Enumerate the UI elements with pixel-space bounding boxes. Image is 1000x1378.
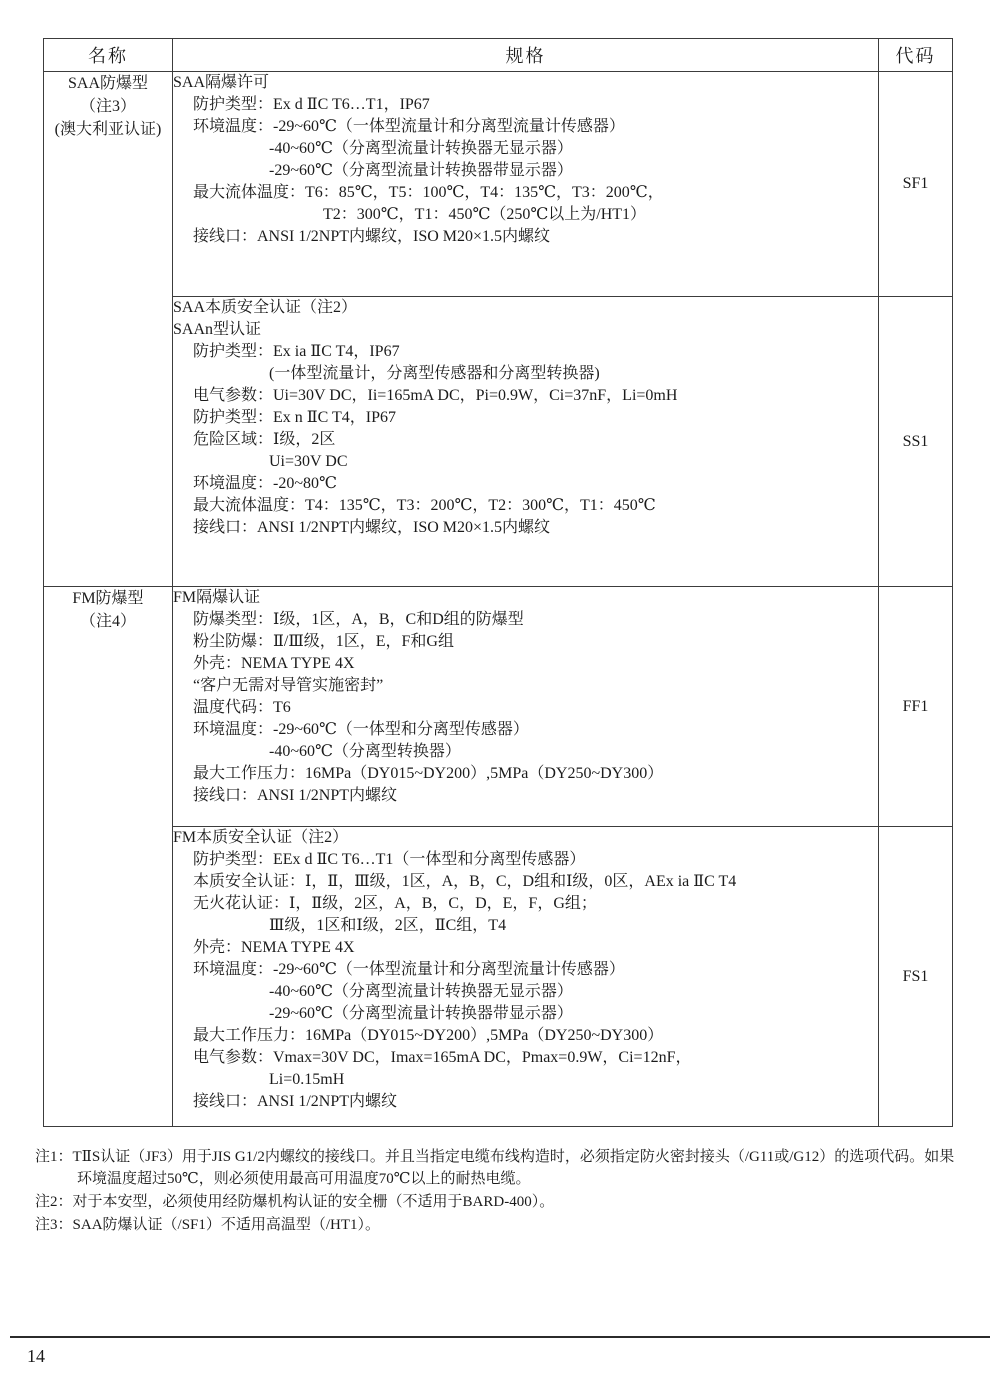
footnote-text: TⅡS认证（JF3）用于JIS G1/2内螺纹的接线口。并且当指定电缆布线构造时… [73, 1149, 955, 1187]
table-header-row: 名称规格代码 [44, 39, 953, 72]
spec-line: SAA隔爆许可 [173, 72, 878, 94]
name-cell: SAA防爆型（注3）(澳大利亚认证) [44, 72, 173, 587]
footnote-text: SAA防爆认证（/SF1）不适用高温型（/HT1）。 [73, 1217, 381, 1233]
name-line: SAA防爆型 [44, 72, 172, 95]
spec-line: -29~60℃（分离型流量计转换器带显示器） [269, 160, 878, 182]
spec-line: T2：300℃，T1：450℃（250℃以上为/HT1） [323, 204, 878, 226]
footnote-2: 注2：对于本安型，必须使用经防爆机构认证的安全栅（不适用于BARD-400）。 [35, 1191, 967, 1213]
footnote-1: 注1：TⅡS认证（JF3）用于JIS G1/2内螺纹的接线口。并且当指定电缆布线… [35, 1146, 967, 1190]
spec-line: 环境温度：-29~60℃（一体型流量计和分离型流量计传感器） [193, 959, 878, 981]
spec-line: 本质安全认证：Ⅰ，Ⅱ，Ⅲ级，1区，A，B，C，D组和Ⅰ级，0区，AEx ia Ⅱ… [193, 871, 878, 893]
spec-line: 外壳：NEMA TYPE 4X [193, 653, 878, 675]
spec-line: 粉尘防爆：Ⅱ/Ⅲ级，1区，E，F和G组 [193, 631, 878, 653]
header-cell-0: 名称 [44, 39, 173, 72]
spec-line: 环境温度：-20~80℃ [193, 473, 878, 495]
name-line: （注4） [44, 610, 172, 633]
spec-line: -40~60℃（分离型转换器） [269, 741, 878, 763]
spec-line: -40~60℃（分离型流量计转换器无显示器） [269, 981, 878, 1003]
spec-line: 环境温度：-29~60℃（一体型流量计和分离型流量计传感器） [193, 116, 878, 138]
spec-line: 接线口：ANSI 1/2NPT内螺纹，ISO M20×1.5内螺纹 [193, 226, 878, 248]
spec-cell: FM隔爆认证防爆类型：Ⅰ级，1区，A，B，C和D组的防爆型粉尘防爆：Ⅱ/Ⅲ级，1… [173, 587, 879, 827]
spec-line: SAA本质安全认证（注2） [173, 297, 878, 319]
spec-line: 无火花认证：Ⅰ，Ⅱ级，2区，A，B，C，D，E，F，G组； [193, 893, 878, 915]
spec-line: 接线口：ANSI 1/2NPT内螺纹，ISO M20×1.5内螺纹 [193, 517, 878, 539]
header-cell-2: 代码 [879, 39, 953, 72]
spec-line: FM隔爆认证 [173, 587, 878, 609]
footer-rule [10, 1336, 990, 1338]
spec-line: 最大流体温度：T6：85℃，T5：100℃，T4：135℃，T3：200℃， [193, 182, 878, 204]
spec-line: 环境温度：-29~60℃（一体型和分离型传感器） [193, 719, 878, 741]
table-row: FM防爆型（注4）FM隔爆认证防爆类型：Ⅰ级，1区，A，B，C和D组的防爆型粉尘… [44, 587, 953, 827]
name-line: （注3） [44, 95, 172, 118]
spec-cell: FM本质安全认证（注2）防护类型：EEx d ⅡC T6…T1（一体型和分离型传… [173, 827, 879, 1127]
spec-line: 温度代码：T6 [193, 697, 878, 719]
table-row: SAA防爆型（注3）(澳大利亚认证)SAA隔爆许可防护类型：Ex d ⅡC T6… [44, 72, 953, 297]
spec-line: SAAn型认证 [173, 319, 878, 341]
spec-cell: SAA隔爆许可防护类型：Ex d ⅡC T6…T1，IP67环境温度：-29~6… [173, 72, 879, 297]
spec-line: 防护类型：EEx d ⅡC T6…T1（一体型和分离型传感器） [193, 849, 878, 871]
spec-line: (一体型流量计，分离型传感器和分离型转换器) [269, 363, 878, 385]
spec-line: 最大流体温度：T4：135℃，T3：200℃，T2：300℃，T1：450℃ [193, 495, 878, 517]
spec-line: 电气参数：Vmax=30V DC，Imax=165mA DC，Pmax=0.9W… [193, 1047, 878, 1069]
spec-line: 最大工作压力：16MPa（DY015~DY200）,5MPa（DY250~DY3… [193, 1025, 878, 1047]
footnote-text: 对于本安型，必须使用经防爆机构认证的安全栅（不适用于BARD-400）。 [73, 1194, 555, 1210]
spec-line: 防护类型：Ex d ⅡC T6…T1，IP67 [193, 94, 878, 116]
name-line: FM防爆型 [44, 587, 172, 610]
spec-line: Ui=30V DC [269, 451, 878, 473]
document-page: 名称规格代码 SAA防爆型（注3）(澳大利亚认证)SAA隔爆许可防护类型：Ex … [0, 0, 1000, 1378]
name-cell: FM防爆型（注4） [44, 587, 173, 1127]
spec-line: 接线口：ANSI 1/2NPT内螺纹 [193, 1091, 878, 1113]
spec-line: Ⅲ级，1区和Ⅰ级，2区，ⅡC组，T4 [269, 915, 878, 937]
certification-spec-table: 名称规格代码 SAA防爆型（注3）(澳大利亚认证)SAA隔爆许可防护类型：Ex … [43, 38, 953, 1127]
spec-line: 外壳：NEMA TYPE 4X [193, 937, 878, 959]
code-cell: FF1 [879, 587, 953, 827]
spec-line: -40~60℃（分离型流量计转换器无显示器） [269, 138, 878, 160]
spec-line: Li=0.15mH [269, 1069, 878, 1091]
name-line: (澳大利亚认证) [44, 118, 172, 141]
footnotes: 注1：TⅡS认证（JF3）用于JIS G1/2内螺纹的接线口。并且当指定电缆布线… [35, 1146, 967, 1237]
code-cell: SS1 [879, 297, 953, 587]
spec-line: 最大工作压力：16MPa（DY015~DY200）,5MPa（DY250~DY3… [193, 763, 878, 785]
spec-line: -29~60℃（分离型流量计转换器带显示器） [269, 1003, 878, 1025]
spec-line: “客户无需对导管实施密封” [193, 675, 878, 697]
table-row: SAA本质安全认证（注2）SAAn型认证防护类型：Ex ia ⅡC T4，IP6… [44, 297, 953, 587]
spec-line: FM本质安全认证（注2） [173, 827, 878, 849]
spec-line: 危险区域：Ⅰ级，2区 [193, 429, 878, 451]
spec-line: 防爆类型：Ⅰ级，1区，A，B，C和D组的防爆型 [193, 609, 878, 631]
footnote-label: 注2： [35, 1194, 73, 1210]
spec-cell: SAA本质安全认证（注2）SAAn型认证防护类型：Ex ia ⅡC T4，IP6… [173, 297, 879, 587]
page-number: 14 [27, 1346, 45, 1367]
footnote-label: 注1： [35, 1149, 73, 1165]
spec-line: 接线口：ANSI 1/2NPT内螺纹 [193, 785, 878, 807]
table-row: FM本质安全认证（注2）防护类型：EEx d ⅡC T6…T1（一体型和分离型传… [44, 827, 953, 1127]
footnote-label: 注3： [35, 1217, 73, 1233]
code-cell: FS1 [879, 827, 953, 1127]
header-cell-1: 规格 [173, 39, 879, 72]
code-cell: SF1 [879, 72, 953, 297]
spec-line: 防护类型：Ex ia ⅡC T4，IP67 [193, 341, 878, 363]
footnote-3: 注3：SAA防爆认证（/SF1）不适用高温型（/HT1）。 [35, 1214, 967, 1236]
spec-line: 电气参数：Ui=30V DC，Ii=165mA DC，Pi=0.9W，Ci=37… [193, 385, 878, 407]
spec-line: 防护类型：Ex n ⅡC T4，IP67 [193, 407, 878, 429]
